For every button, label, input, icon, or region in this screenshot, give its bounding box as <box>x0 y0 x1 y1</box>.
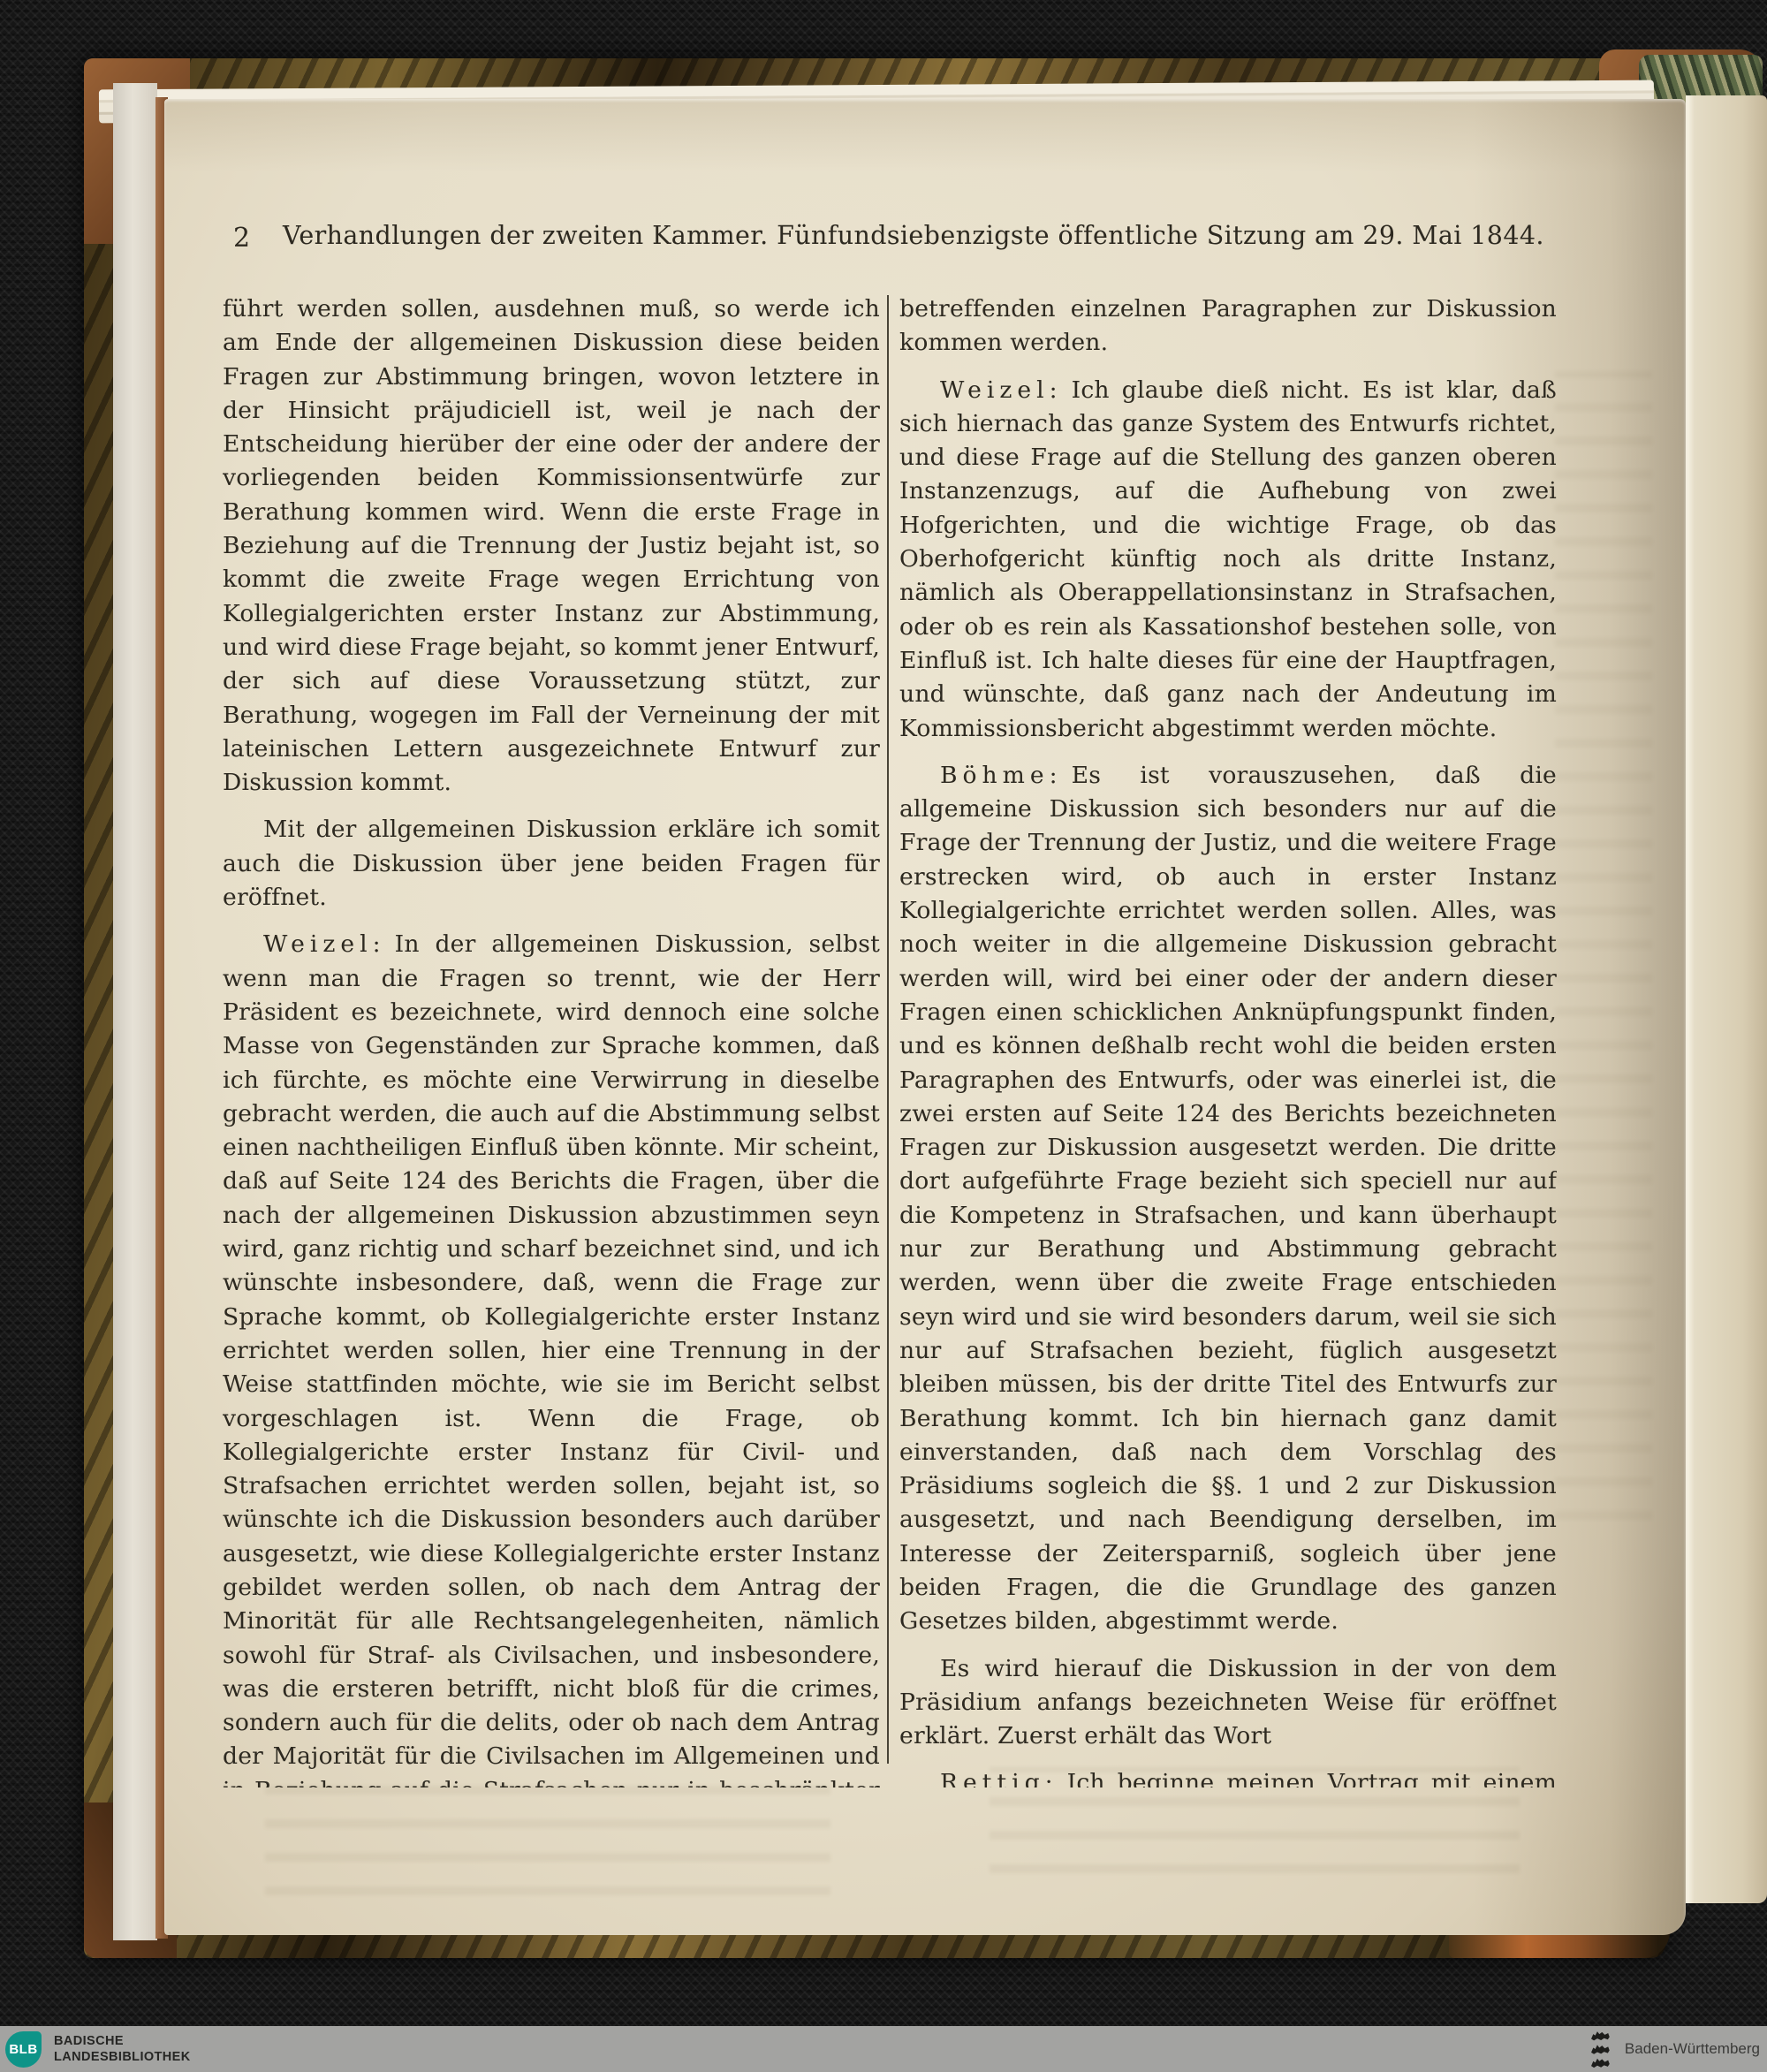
library-footer-bar: BLB BADISCHE LANDESBIBLIOTHEK Baden-Würt… <box>0 2026 1767 2072</box>
blb-label-line2: LANDESBIBLIOTHEK <box>54 2049 191 2065</box>
baden-wuerttemberg-lions-icon <box>1584 2029 1616 2069</box>
text-column-left: führt werden sollen, ausdehnen muß, so w… <box>223 292 880 1787</box>
state-label: Baden-Württemberg <box>1625 2040 1760 2058</box>
blb-logo-icon: BLB <box>5 2031 42 2068</box>
paragraph: Weizel:In der allgemeinen Diskussion, se… <box>223 928 880 1787</box>
speaker-name: Rettig: <box>940 1769 1067 1787</box>
facing-page-gutter <box>1686 95 1767 1903</box>
page-number: 2 <box>233 223 250 254</box>
paragraph: Es wird hierauf die Diskussion in der vo… <box>899 1652 1557 1754</box>
blb-acronym: BLB <box>9 2042 37 2057</box>
state-logo-group: Baden-Württemberg <box>1584 2029 1760 2069</box>
speaker-name: Weizel: <box>940 376 1072 404</box>
column-divider-rule <box>887 295 889 1764</box>
paragraph: führt werden sollen, ausdehnen muß, so w… <box>223 292 880 800</box>
running-header-title: Verhandlungen der zweiten Kammer. Fünfun… <box>283 221 1520 250</box>
digitized-book-viewer: { "scan": { "page_number": "2", "header_… <box>0 0 1767 2072</box>
flyleaf-edge-left <box>113 83 157 1940</box>
paragraph: Mit der allgemeinen Diskussion erkläre i… <box>223 813 880 915</box>
text-column-right: betreffenden einzelnen Paragraphen zur D… <box>899 292 1557 1787</box>
paragraph: Weizel:Ich glaube dieß nicht. Es ist kla… <box>899 374 1557 746</box>
blb-label-line1: BADISCHE <box>54 2033 191 2049</box>
speaker-name: Böhme: <box>940 762 1072 789</box>
paragraph: Böhme:Es ist vorauszusehen, daß die allg… <box>899 759 1557 1639</box>
speaker-name: Weizel: <box>263 930 395 958</box>
paragraph: Rettig:Ich beginne meinen Vortrag mit ei… <box>899 1766 1557 1787</box>
paragraph: betreffenden einzelnen Paragraphen zur D… <box>899 292 1557 361</box>
blb-library-label: BADISCHE LANDESBIBLIOTHEK <box>54 2033 191 2065</box>
